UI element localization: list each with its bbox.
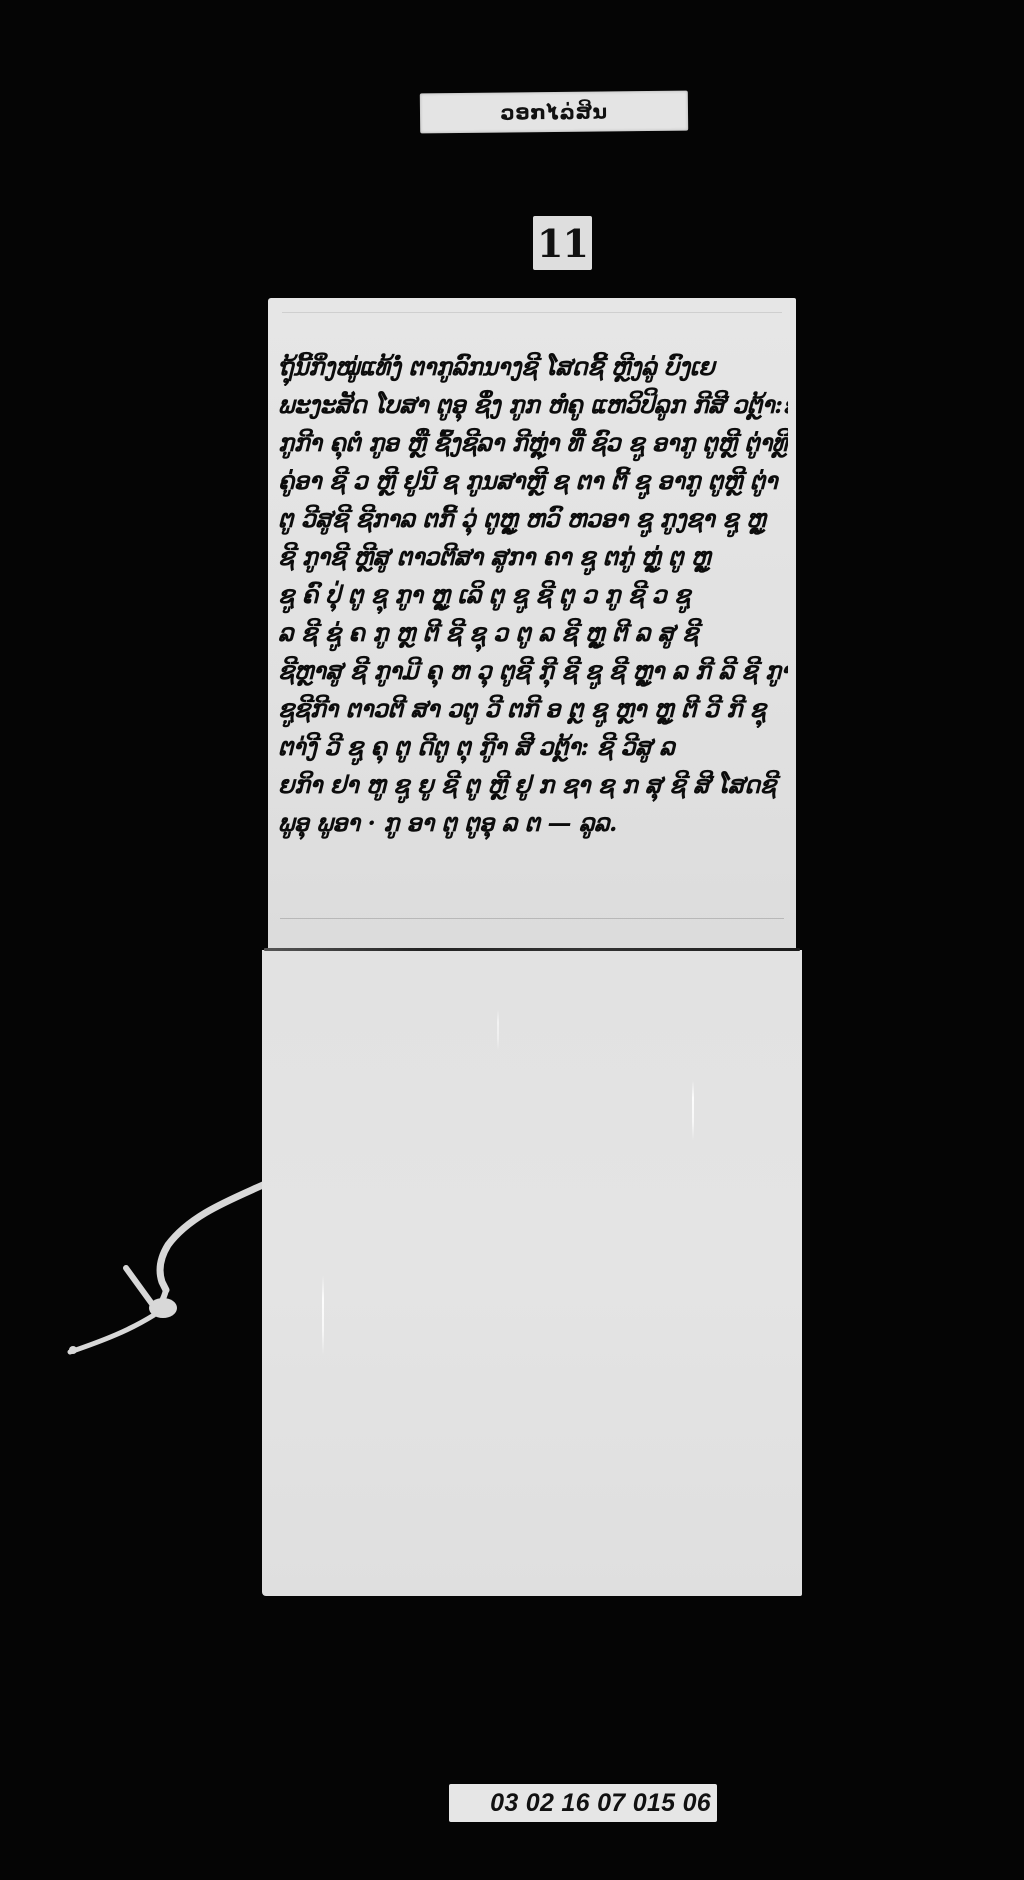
upper-manuscript-folio: ຖຸ້ນີ້ກິ່ງໝູ່ແທ້ງໍ່ ຕາກູລົກນາງຊີ ໂສດຊີ້ … [268,298,796,950]
page-number: 11 [537,221,588,266]
manuscript-line: ຖຸ້ນີ້ກິ່ງໝູ່ແທ້ງໍ່ ຕາກູລົກນາງຊີ ໂສດຊີ້ … [278,348,788,386]
manuscript-line: ຊີ ກູາຊີ ຫຼີສູ ຕາວຕີສາ ສູກາ ຄາ ຊູ ຕກູ່ ຫ… [278,538,788,576]
folio-top-margin-rule [282,312,782,313]
binding-string-icon [60,1170,270,1370]
archive-reference-label: 03 02 16 07 015 06 [449,1784,717,1822]
archive-reference-number: 03 02 16 07 015 06 [490,1789,711,1818]
document-title-label: ວອກໄລ່ສິນ [420,91,688,134]
paper-streak [322,1275,324,1355]
page-number-tag: 11 [533,216,592,270]
manuscript-line: ກູກີາ ຄຸຕໍ ກູອ ຫຼື ຊົ້ງຊີລາ ກີຫຼຸ່າ ທື່ … [278,424,788,462]
manuscript-line: ຊີຫຼາສູ ຊີ ກູາມີ ຄຸ ຫ ວຸ ຕູຊີ ກີຸ ຊີ ຊູ … [278,652,788,690]
manuscript-line: ຊູຊີກີາ ຕາວຕີ ສາ ວຕູ ວີ ຕກີ ອ ຕຼ ຊູ ຫຼາ … [278,690,788,728]
paper-streak [692,1080,694,1140]
manuscript-line: ຄູ່ອາ ຊີ ວ ຫຼີ ຢູນີ ຊ ກູນສາຫຼີ ຊ ຕາ ຕີ້ … [278,462,788,500]
folio-bottom-margin-rule [280,918,784,919]
paper-streak [497,1010,499,1050]
manuscript-line: ຕູ ວີສູຊີ ຊີກາລ ຕກີ້ ວຸ່ ຕູຫຼູ ຫວົ ຫວອາ … [278,500,788,538]
page-fold-line [264,948,800,951]
manuscript-line: ຕາ່ງີ ວີ ຊູ ຄຸ ຕູ ດີຕູ ຕຸ ກີູາ ສີ ວຕຼ້າ:… [278,728,788,766]
manuscript-line: ພູອຸ ພູອາ · ກູ ອາ ຕູ ຕູອຸ ລ ຕ — ລູລ. [278,804,788,842]
manuscript-line: ຍກິາ ຢາ ຫູ ຊູ ຍູ ຊີ ຕູ ຫຼີ ຢູ ກ ຊາ ຊ ກ ສ… [278,766,788,804]
manuscript-line: ລ ຊີ ຊູ່ ຄ ກູ ຫຼ ຕີ ຊີ ຊຸ ວ ຕູ ລ ຊີ ຫຼູ … [278,614,788,652]
manuscript-text-block: ຖຸ້ນີ້ກິ່ງໝູ່ແທ້ງໍ່ ຕາກູລົກນາງຊີ ໂສດຊີ້ … [278,348,788,842]
document-title: ວອກໄລ່ສິນ [500,99,607,124]
lower-blank-folio [262,950,802,1596]
manuscript-line: ພະງະສັດ ໂບສາ ຕູອຸ ຊຶ່ງ ກູກ ຫໍຄູ ແຫວິປິລູ… [278,386,788,424]
manuscript-line: ຊູ ຄົ ປຸ່ ຕູ ຊຸ ກູາ ຫຼູ ເລິ ຕູ ຊູ ຊີ ຕູ … [278,576,788,614]
